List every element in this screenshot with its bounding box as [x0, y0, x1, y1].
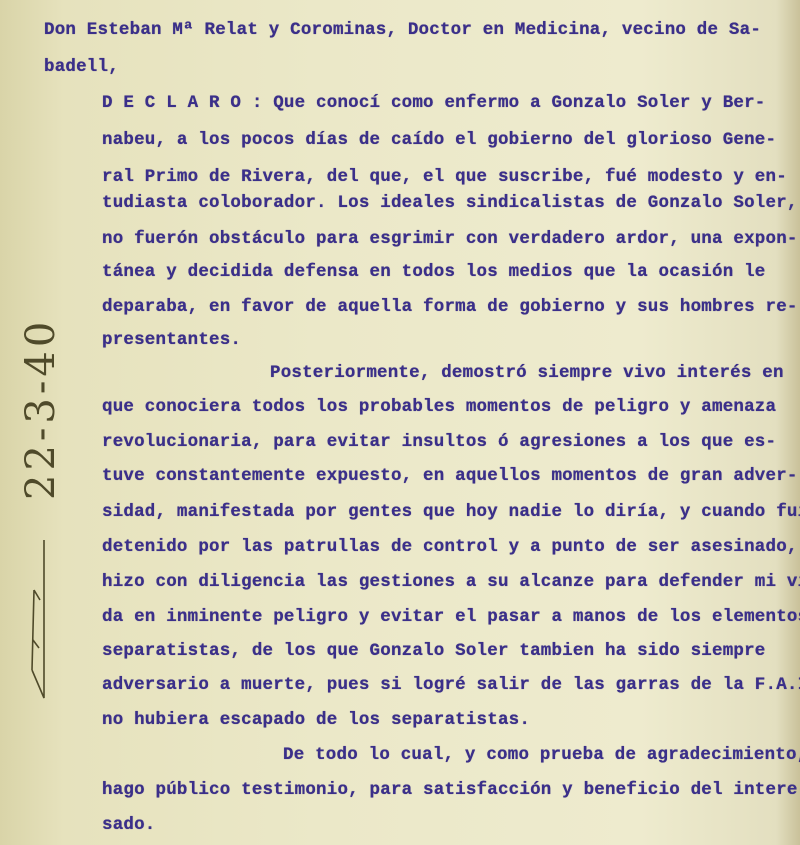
- text-line: revolucionaria, para evitar insultos ó a…: [102, 432, 776, 452]
- text-line: da en inminente peligro y evitar el pasa…: [102, 607, 800, 627]
- text-line: tuve constantemente expuesto, en aquello…: [102, 466, 798, 486]
- text-line: nabeu, a los pocos días de caído el gobi…: [102, 130, 776, 150]
- text-line: hago público testimonio, para satisfacci…: [102, 780, 800, 800]
- text-line: Don Esteban Mª Relat y Corominas, Doctor…: [44, 20, 761, 40]
- text-line: deparaba, en favor de aquella forma de g…: [102, 297, 798, 317]
- typed-declaration-page: Don Esteban Mª Relat y Corominas, Doctor…: [0, 0, 800, 845]
- paragraph-start-line: Posteriormente, demostró siempre vivo in…: [270, 363, 784, 383]
- text-line: que conociera todos los probables moment…: [102, 397, 776, 417]
- text-line: adversario a muerte, pues si logré salir…: [102, 675, 800, 695]
- text-line: ral Primo de Rivera, del que, el que sus…: [102, 167, 787, 187]
- paragraph-start-line: De todo lo cual, y como prueba de agrade…: [283, 745, 800, 765]
- text-line: sado.: [102, 815, 156, 835]
- text-line: tánea y decidida defensa en todos los me…: [102, 262, 766, 282]
- handwritten-date-annotation: 22-3-40: [18, 318, 64, 500]
- text-line: no fuerón obstáculo para esgrimir con ve…: [102, 229, 798, 249]
- declaration-heading-line: D E C L A R O : Que conocí como enfermo …: [102, 93, 766, 113]
- text-line: no hubiera escapado de los separatistas.: [102, 710, 530, 730]
- handwritten-initial-mark: [30, 540, 48, 700]
- text-line: hizo con diligencia las gestiones a su a…: [102, 572, 800, 592]
- text-line: badell,: [44, 57, 119, 77]
- text-line: presentantes.: [102, 330, 241, 350]
- text-line: tudiasta coloborador. Los ideales sindic…: [102, 193, 798, 213]
- text-line: separatistas, de los que Gonzalo Soler t…: [102, 641, 766, 661]
- text-line: detenido por las patrullas de control y …: [102, 537, 798, 557]
- text-line: sidad, manifestada por gentes que hoy na…: [102, 502, 800, 522]
